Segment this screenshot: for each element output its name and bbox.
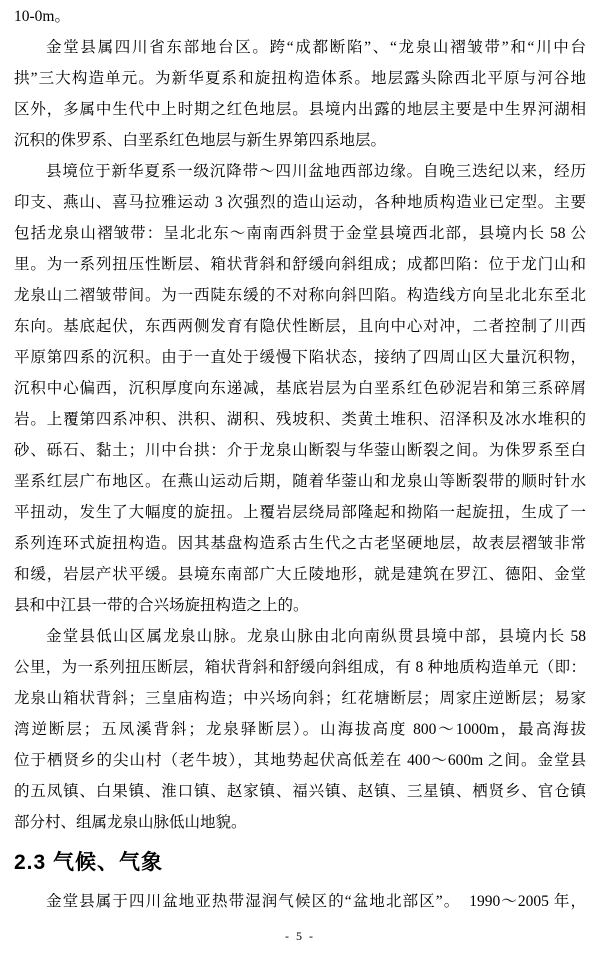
text-line: 和缓，岩层产状平缓。县境东南部广大丘陵地形，就是建筑在罗江、德阳、金堂 — [14, 559, 586, 590]
text-line: 龙泉山二褶皱带间。为一西陡东缓的不对称向斜凹陷。构造线方向呈北北东至北 — [14, 280, 586, 311]
text-line: 岩。上覆第四系冲积、洪积、湖积、残坡积、类黄土堆积、沼泽积及冰水堆积的 — [14, 404, 586, 435]
paragraph: 金堂县属四川省东部地台区。跨“成都断陷”、“龙泉山褶皱带”和“川中台拱”三大构造… — [14, 32, 586, 156]
text-line: 平扭动，发生了大幅度的旋扭。上覆岩层绕局部隆起和拗陷一起旋扭，生成了一 — [14, 497, 586, 528]
text-line: 里。为一系列扭压性断层、箱状背斜和舒缓向斜组成；成都凹陷：位于龙门山和 — [14, 249, 586, 280]
document-page: 10-0m。金堂县属四川省东部地台区。跨“成都断陷”、“龙泉山褶皱带”和“川中台… — [0, 0, 600, 958]
paragraph: 金堂县属于四川盆地亚热带湿润气候区的“盆地北部区”。 1990～2005 年， — [14, 886, 586, 917]
text-line: 沉积的侏罗系、白垩系红色地层与新生界第四系地层。 — [14, 125, 586, 156]
text-line: 沉积中心偏西，沉积厚度向东递减，基底岩层为白垩系红色砂泥岩和第三系碎屑 — [14, 373, 586, 404]
text-line: 包括龙泉山褶皱带：呈北北东～南南西斜贯于金堂县境西北部，县境内长 58 公 — [14, 218, 586, 249]
text-line: 砂、砾石、黏土；川中台拱：介于龙泉山断裂与华蓥山断裂之间。为侏罗系至白 — [14, 435, 586, 466]
text-line: 系列连环式旋扭构造。因其基盘构造系古生代之古老坚硬地层，故表层褶皱非常 — [14, 528, 586, 559]
text-line: 县境位于新华夏系一级沉降带～四川盆地西部边缘。自晚三迭纪以来，经历 — [14, 156, 586, 187]
text-line: 区外，多属中生代中上时期之红色地层。县境内出露的地层主要是中生界河湖相 — [14, 94, 586, 125]
text-line: 金堂县属于四川盆地亚热带湿润气候区的“盆地北部区”。 1990～2005 年， — [14, 886, 586, 917]
text-line: 的五凤镇、白果镇、淮口镇、赵家镇、福兴镇、赵镇、三星镇、栖贤乡、官仓镇 — [14, 776, 586, 807]
text-line: 垩系红层广布地区。在燕山运动后期，随着华蓥山和龙泉山等断裂带的顺时针水 — [14, 466, 586, 497]
text-line: 金堂县低山区属龙泉山脉。龙泉山脉由北向南纵贯县境中部，县境内长 58 — [14, 621, 586, 652]
text-line: 公里，为一系列扭压断层，箱状背斜和舒缓向斜组成，有 8 种地质构造单元（即： — [14, 652, 586, 683]
text-line: 湾逆断层；五凤溪背斜；龙泉驿断层）。山海拔高度 800～1000m，最高海拔 1… — [14, 714, 586, 745]
paragraph: 县境位于新华夏系一级沉降带～四川盆地西部边缘。自晚三迭纪以来，经历印支、燕山、喜… — [14, 156, 586, 621]
text-line: 位于栖贤乡的尖山村（老牛坡），其地势起伏高低差在 400～600m 之间。金堂县 — [14, 745, 586, 776]
text-line: 东向。基底起伏，东西两侧发育有隐伏性断层，且向中心对冲，二者控制了川西 — [14, 311, 586, 342]
text-line: 部分村、组属龙泉山脉低山地貌。 — [14, 807, 586, 838]
text-line: 龙泉山箱状背斜；三皇庙构造；中兴场向斜；红花塘断层；周家庄逆断层；易家 — [14, 683, 586, 714]
text-line: 平原第四系的沉积。由于一直处于缓慢下陷状态，接纳了四周山区大量沉积物， — [14, 342, 586, 373]
paragraph: 10-0m。 — [14, 1, 586, 32]
text-line: 拱”三大构造单元。为新华夏系和旋扭构造体系。地层露头除西北平原与河谷地 — [14, 63, 586, 94]
text-line: 金堂县属四川省东部地台区。跨“成都断陷”、“龙泉山褶皱带”和“川中台 — [14, 32, 586, 63]
section-heading: 2.3 气候、气象 — [14, 844, 586, 882]
text-line: 县和中江县一带的合兴场旋扭构造之上的。 — [14, 590, 586, 621]
text-line: 10-0m。 — [14, 1, 586, 32]
paragraph: 金堂县低山区属龙泉山脉。龙泉山脉由北向南纵贯县境中部，县境内长 58公里，为一系… — [14, 621, 586, 838]
page-number: - 5 - — [0, 929, 600, 944]
document-body: 10-0m。金堂县属四川省东部地台区。跨“成都断陷”、“龙泉山褶皱带”和“川中台… — [14, 0, 586, 917]
text-line: 印支、燕山、喜马拉雅运动 3 次强烈的造山运动，各种地质构造业已定型。主要 — [14, 187, 586, 218]
